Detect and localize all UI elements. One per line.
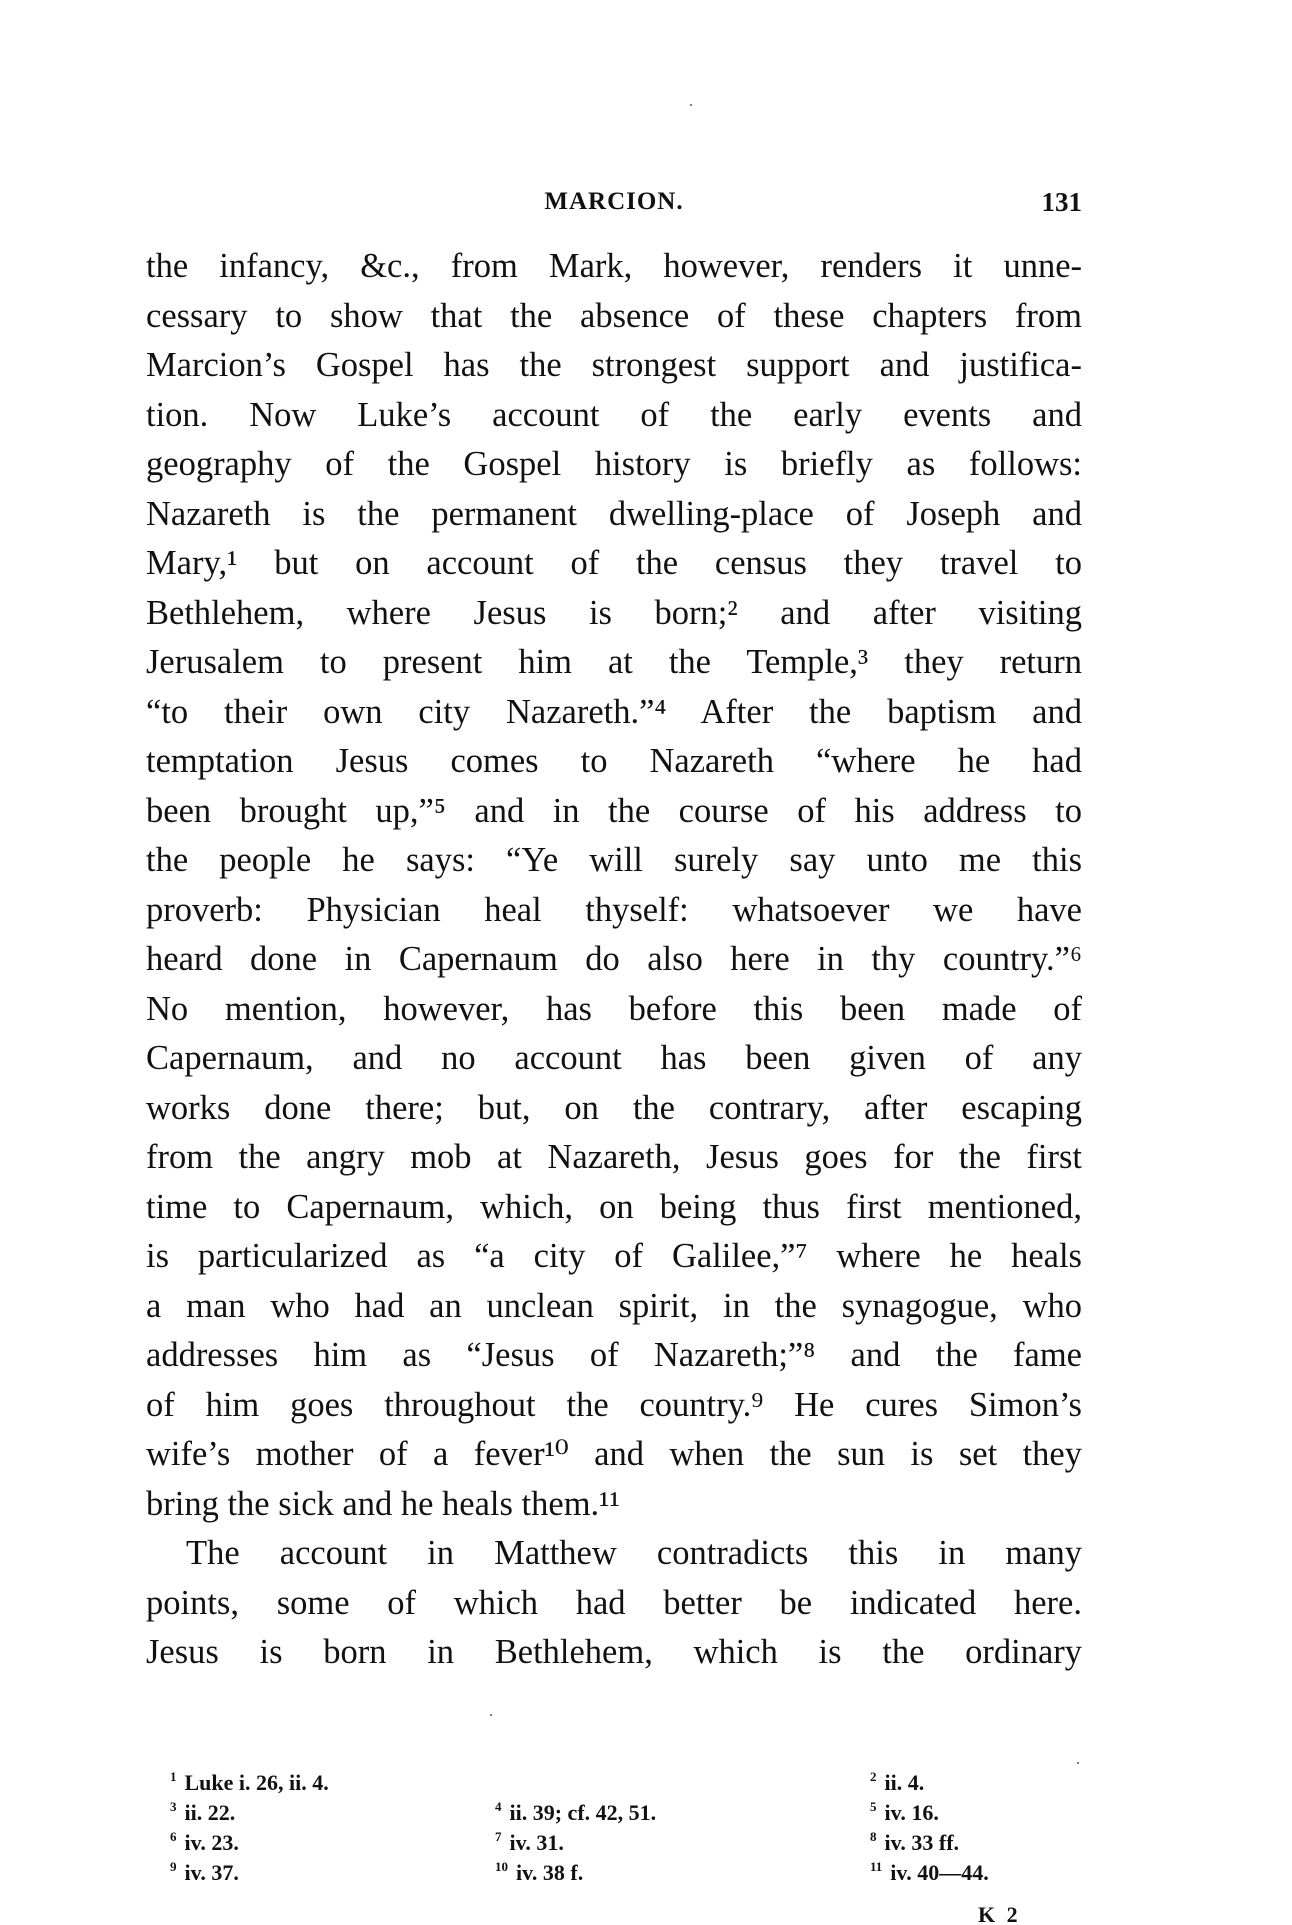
text-line: Mary,¹ but on account of the census they…	[146, 539, 1082, 589]
text-line: No mention, however, has before this bee…	[146, 985, 1082, 1035]
book-page: MARCION. 131 the infancy, &c., from Mark…	[0, 0, 1292, 1925]
text-line: is particularized as “a city of Galilee,…	[146, 1232, 1082, 1282]
text-line: Jesus is born in Bethlehem, which is the…	[146, 1628, 1082, 1678]
footnote-row: 9iv. 37. 10iv. 38 f. 11iv. 40—44.	[170, 1852, 1100, 1882]
footnote-number: 3	[170, 1799, 177, 1814]
footnote-row: 1Luke i. 26, ii. 4. 2ii. 4.	[170, 1762, 1100, 1792]
text-line: “to their own city Nazareth.”⁴ After the…	[146, 688, 1082, 738]
text-line: tion. Now Luke’s account of the early ev…	[146, 391, 1082, 441]
text-line: of him goes throughout the country.⁹ He …	[146, 1381, 1082, 1431]
text-line: wife’s mother of a fever¹⁰ and when the …	[146, 1430, 1082, 1480]
footnote-number: 5	[870, 1799, 877, 1814]
footnote-ref: iv. 40—44.	[890, 1860, 988, 1885]
scan-speck	[1077, 1762, 1079, 1764]
footnote-10: 10iv. 38 f.	[495, 1852, 583, 1888]
text-line: Bethlehem, where Jesus is born;² and aft…	[146, 589, 1082, 639]
footnote-number: 7	[495, 1829, 502, 1844]
text-line: the infancy, &c., from Mark, however, re…	[146, 242, 1082, 292]
footnotes: 1Luke i. 26, ii. 4. 2ii. 4. 3ii. 22. 4ii…	[170, 1762, 1100, 1882]
footnote-number: 2	[870, 1769, 877, 1784]
text-line: heard done in Capernaum do also here in …	[146, 935, 1082, 985]
running-head: MARCION. 131	[146, 187, 1082, 217]
text-line: cessary to show that the absence of thes…	[146, 292, 1082, 342]
footnote-number: 4	[495, 1799, 502, 1814]
text-line: proverb: Physician heal thyself: whatsoe…	[146, 886, 1082, 936]
text-line: Jerusalem to present him at the Temple,³…	[146, 638, 1082, 688]
footnote-11: 11iv. 40—44.	[870, 1852, 989, 1888]
footnote-number: 6	[170, 1829, 177, 1844]
text-line: addresses him as “Jesus of Nazareth;”⁸ a…	[146, 1331, 1082, 1381]
footnote-9: 9iv. 37.	[170, 1852, 239, 1888]
footnote-number: 8	[870, 1829, 877, 1844]
footnote-ref: iv. 38 f.	[516, 1860, 583, 1885]
body-text: the infancy, &c., from Mark, however, re…	[146, 242, 1082, 1678]
text-line: a man who had an unclean spirit, in the …	[146, 1282, 1082, 1332]
text-line: Marcion’s Gospel has the strongest suppo…	[146, 341, 1082, 391]
text-line: temptation Jesus comes to Nazareth “wher…	[146, 737, 1082, 787]
footnote-number: 9	[170, 1859, 177, 1874]
footnote-number: 1	[170, 1769, 177, 1784]
signature-mark: K 2	[978, 1905, 1021, 1925]
text-line-paragraph-end: bring the sick and he heals them.¹¹	[146, 1480, 1082, 1530]
text-line: geography of the Gospel history is brief…	[146, 440, 1082, 490]
text-line: works done there; but, on the contrary, …	[146, 1084, 1082, 1134]
page-number: 131	[1042, 187, 1083, 217]
text-line: been brought up,”⁵ and in the course of …	[146, 787, 1082, 837]
footnote-number: 11	[870, 1859, 882, 1874]
text-line: Capernaum, and no account has been given…	[146, 1034, 1082, 1084]
footnote-row: 3ii. 22. 4ii. 39; cf. 42, 51. 5iv. 16.	[170, 1792, 1100, 1822]
scan-speck	[690, 104, 692, 106]
text-line: from the angry mob at Nazareth, Jesus go…	[146, 1133, 1082, 1183]
text-line: the people he says: “Ye will surely say …	[146, 836, 1082, 886]
running-title: MARCION.	[146, 187, 1082, 217]
footnote-row: 6iv. 23. 7iv. 31. 8iv. 33 ff.	[170, 1822, 1100, 1852]
text-line: Nazareth is the permanent dwelling-place…	[146, 490, 1082, 540]
text-line: points, some of which had better be indi…	[146, 1579, 1082, 1629]
text-line-paragraph-start: The account in Matthew contradicts this …	[146, 1529, 1082, 1579]
text-line: time to Capernaum, which, on being thus …	[146, 1183, 1082, 1233]
footnote-number: 10	[495, 1859, 508, 1874]
footnote-ref: iv. 37.	[185, 1860, 239, 1885]
scan-speck	[490, 1714, 492, 1716]
